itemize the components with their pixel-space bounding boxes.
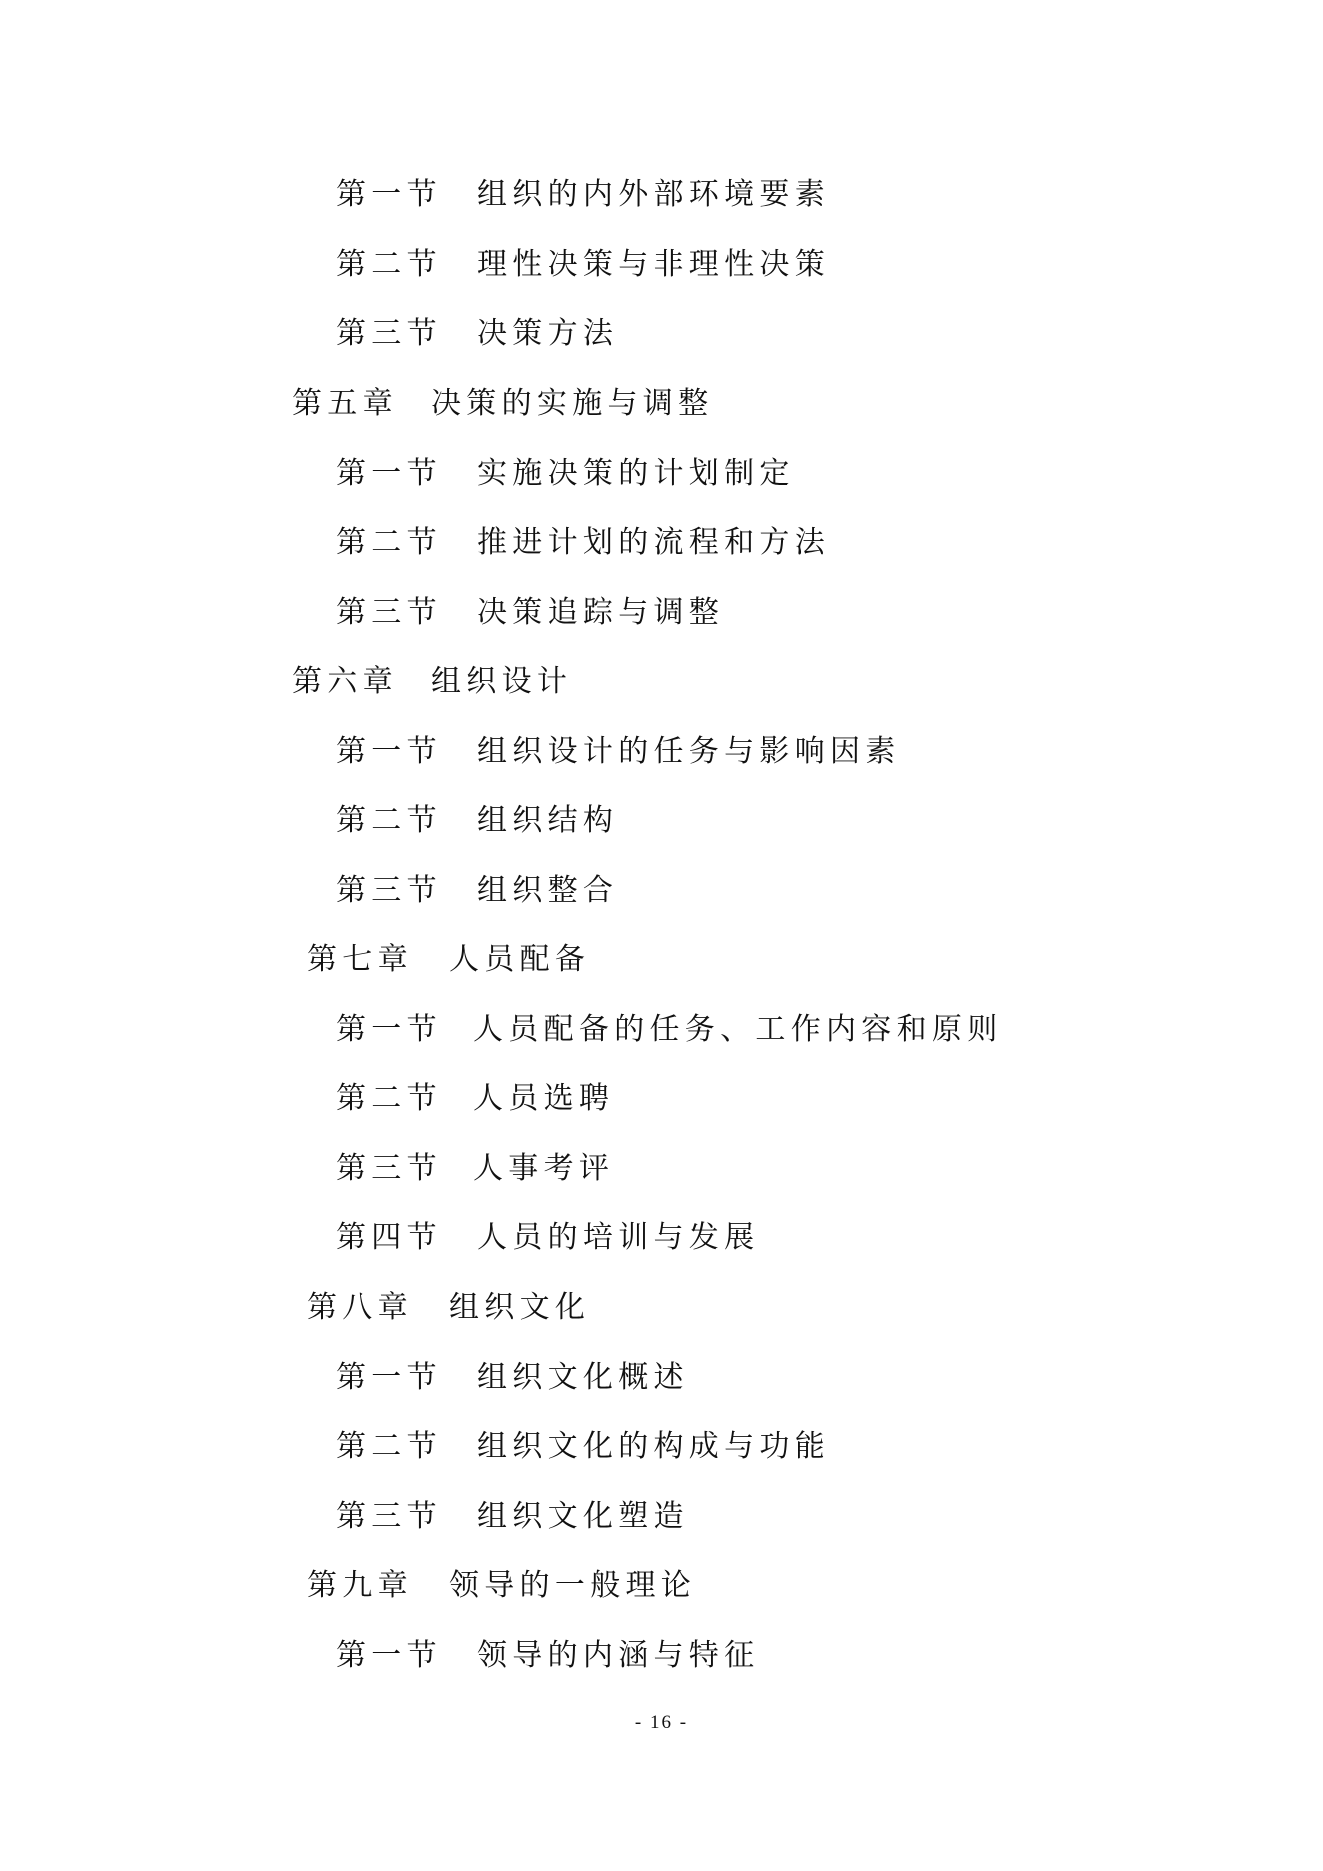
section-label: 第四节	[336, 1218, 442, 1258]
chapter-label: 第八章	[307, 1288, 413, 1328]
section-label: 第一节	[336, 454, 442, 494]
section-title: 组织的内外部环境要素	[477, 175, 830, 215]
chapter-label: 第九章	[307, 1566, 413, 1606]
section-title: 推进计划的流程和方法	[477, 523, 830, 563]
section-title: 领导的内涵与特征	[477, 1636, 759, 1676]
section-title: 实施决策的计划制定	[477, 454, 795, 494]
chapter-title: 领导的一般理论	[449, 1566, 696, 1606]
section-label: 第一节	[336, 732, 442, 772]
chapter-title: 决策的实施与调整	[431, 384, 713, 424]
section-label: 第二节	[336, 1079, 442, 1119]
section-title: 组织设计的任务与影响因素	[477, 732, 901, 772]
section-title: 决策追踪与调整	[477, 593, 724, 633]
document-page: 第一节 组织的内外部环境要素 第二节 理性决策与非理性决策 第三节 决策方法 第…	[0, 0, 1323, 1871]
section-label: 第三节	[336, 593, 442, 633]
section-title: 人员的培训与发展	[477, 1218, 759, 1258]
section-label: 第二节	[336, 1427, 442, 1467]
chapter-label: 第五章	[292, 384, 398, 424]
section-title: 组织文化塑造	[477, 1497, 689, 1537]
section-label: 第三节	[336, 1149, 442, 1189]
section-label: 第三节	[336, 1497, 442, 1537]
section-label: 第二节	[336, 523, 442, 563]
section-title: 组织结构	[477, 801, 618, 841]
section-label: 第一节	[336, 1010, 442, 1050]
section-label: 第一节	[336, 1358, 442, 1398]
chapter-title: 人员配备	[449, 940, 590, 980]
section-title: 人员选聘	[473, 1079, 614, 1119]
chapter-title: 组织文化	[449, 1288, 590, 1328]
section-label: 第一节	[336, 175, 442, 215]
chapter-title: 组织设计	[431, 662, 572, 702]
chapter-label: 第六章	[292, 662, 398, 702]
section-title: 组织整合	[477, 871, 618, 911]
section-title: 组织文化概述	[477, 1358, 689, 1398]
section-title: 理性决策与非理性决策	[477, 245, 830, 285]
chapter-label: 第七章	[307, 940, 413, 980]
section-label: 第二节	[336, 245, 442, 285]
section-label: 第三节	[336, 871, 442, 911]
section-title: 组织文化的构成与功能	[477, 1427, 830, 1467]
section-title: 人事考评	[473, 1149, 614, 1189]
page-number: - 16 -	[0, 1710, 1323, 1736]
section-title: 人员配备的任务、工作内容和原则	[473, 1010, 1003, 1050]
section-label: 第三节	[336, 314, 442, 354]
section-label: 第一节	[336, 1636, 442, 1676]
section-title: 决策方法	[477, 314, 618, 354]
section-label: 第二节	[336, 801, 442, 841]
